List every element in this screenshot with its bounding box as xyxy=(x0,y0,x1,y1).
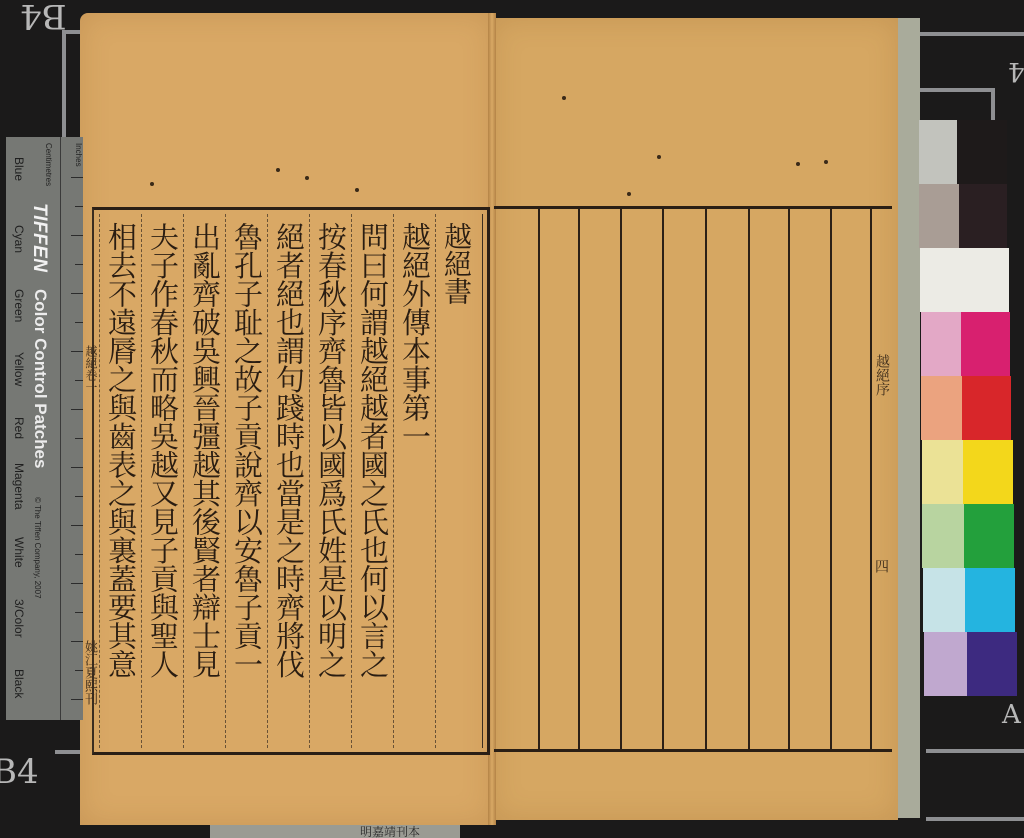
text-column: 相去不遠脣之與齒表之與裏蓋要其意 xyxy=(99,214,141,748)
patch-pale-green xyxy=(922,504,964,568)
patch-gray-mid xyxy=(919,184,959,248)
text-column: 按春秋序齊魯皆以國爲氏姓是以明之 xyxy=(309,214,351,748)
stitch-hole xyxy=(657,155,661,159)
stand-frame-line-top-right xyxy=(920,32,1024,36)
stand-frame-line-right-vert xyxy=(991,88,995,120)
patch-salmon xyxy=(921,376,962,440)
stitch-hole xyxy=(355,188,359,192)
stand-frame-line-bottom-right xyxy=(926,749,1024,753)
ruler xyxy=(60,137,83,720)
patch-red xyxy=(962,376,1011,440)
ruler-header-cm: Centimetres xyxy=(44,143,53,186)
ruler-header-in: Inches xyxy=(74,143,83,167)
patch-pale-cyan xyxy=(923,568,965,632)
patch-white xyxy=(920,248,1009,312)
patch-green xyxy=(964,504,1014,568)
text-column: 出亂齊破吳興晉彊越其後賢者辯士見 xyxy=(183,214,225,748)
color-patches xyxy=(919,120,1019,703)
stitch-hole xyxy=(305,176,309,180)
stitch-hole xyxy=(562,96,566,100)
text-column-chapter-heading: 越絕外傳本事第一 xyxy=(393,214,435,748)
bottom-label-slip: 明嘉靖刊本 xyxy=(210,824,460,838)
label-yellow: Yellow xyxy=(12,352,26,386)
banxin-title: 越絕序 xyxy=(875,354,889,396)
patch-pale-yellow xyxy=(922,440,963,504)
column-rule xyxy=(705,209,707,749)
banxin-page-number: 四 xyxy=(874,559,888,573)
label-magenta: Magenta xyxy=(12,463,26,510)
banxin: 越絕序 四 xyxy=(872,206,892,752)
stand-frame-line-left xyxy=(62,30,66,140)
right-text-block xyxy=(494,206,872,752)
margin-fold-label: 越絕卷一 xyxy=(84,345,98,393)
patch-magenta xyxy=(961,312,1010,376)
text-column: 夫子作春秋而略吳越又見子貢與聖人 xyxy=(141,214,183,748)
stand-label-top-left: B4 xyxy=(20,0,67,36)
stand-frame-line-bottom-right-2 xyxy=(926,817,1024,821)
text-column: 魯孔子耻之故子貢說齊以安魯子貢一 xyxy=(225,214,267,748)
text-column: 絕者絕也謂句踐時也當是之時齊將伐 xyxy=(267,214,309,748)
text-columns: 越絕書 越絕外傳本事第一 問曰何謂越絕越者國之氏也何以言之 按春秋序齊魯皆以國爲… xyxy=(104,214,477,748)
tiffen-color-scale: Centimetres Inches TIFFEN Color Control … xyxy=(6,137,83,720)
column-rule xyxy=(830,209,832,749)
column-rule xyxy=(578,209,580,749)
stand-label-bottom-left: B4 xyxy=(0,752,39,792)
label-cyan: Cyan xyxy=(12,225,26,253)
label-black: Black xyxy=(12,669,26,698)
stitch-hole xyxy=(796,162,800,166)
left-text-block: 越絕書 越絕外傳本事第一 問曰何謂越絕越者國之氏也何以言之 按春秋序齊魯皆以國爲… xyxy=(92,207,490,755)
label-blue: Blue xyxy=(12,157,26,181)
tiffen-title: Color Control Patches xyxy=(30,289,50,468)
stitch-hole xyxy=(276,168,280,172)
patch-black xyxy=(957,120,1007,184)
tiffen-copyright: © The Tiffen Company, 2007 xyxy=(33,497,42,599)
tiffen-logo: TIFFEN xyxy=(28,203,50,273)
patch-cyan xyxy=(965,568,1015,632)
label-red: Red xyxy=(12,417,26,439)
column-rule xyxy=(662,209,664,749)
patch-lavender xyxy=(924,632,967,696)
patch-violet xyxy=(967,632,1017,696)
stand-label-bottom-right: A xyxy=(1002,700,1021,730)
patch-gray-light xyxy=(919,120,957,184)
patch-yellow xyxy=(963,440,1013,504)
column-rule xyxy=(620,209,622,749)
text-column-title: 越絕書 xyxy=(435,214,477,748)
patch-pink xyxy=(921,312,961,376)
stand-label-top-right: A4 xyxy=(1008,56,1024,86)
column-rule xyxy=(748,209,750,749)
publisher-mark: 姚江夏熙刊 xyxy=(82,640,96,705)
stand-frame-line-right-upper xyxy=(920,88,995,92)
patch-dark-brown xyxy=(959,184,1007,248)
stitch-hole xyxy=(824,160,828,164)
label-white: White xyxy=(12,537,26,568)
text-column: 問曰何謂越絕越者國之氏也何以言之 xyxy=(351,214,393,748)
stitch-hole xyxy=(150,182,154,186)
bottom-slip-text: 明嘉靖刊本 xyxy=(360,823,420,838)
label-green: Green xyxy=(12,289,26,322)
stitch-hole xyxy=(627,192,631,196)
label-3color: 3/Color xyxy=(12,599,26,638)
column-rule xyxy=(788,209,790,749)
column-rule xyxy=(538,209,540,749)
